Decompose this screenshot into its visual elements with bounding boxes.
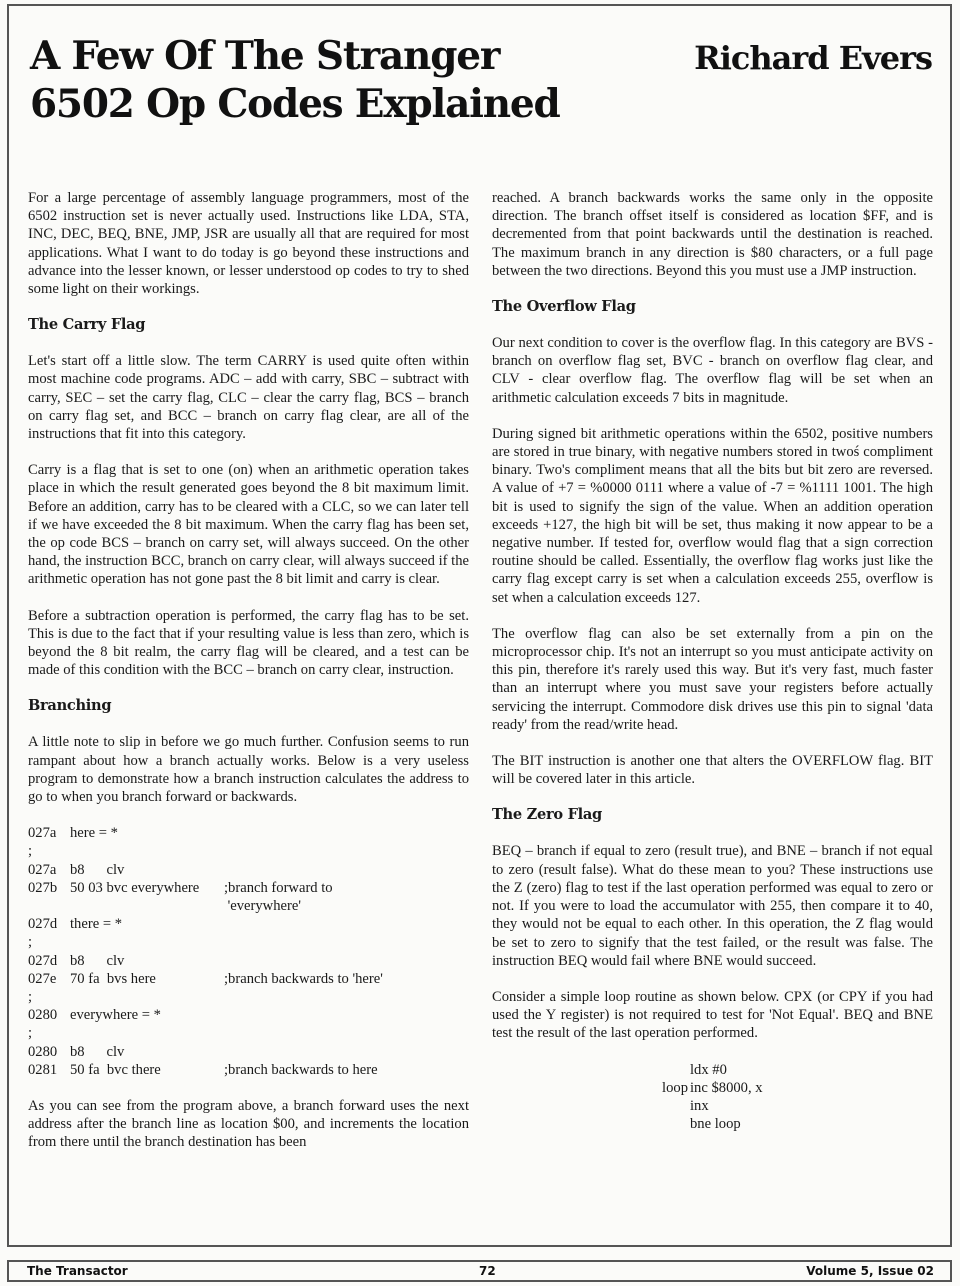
carry-paragraph-2: Carry is a flag that is set to one (on) …	[28, 461, 469, 588]
code-line: 027ab8 clv	[28, 861, 469, 879]
page-number: 72	[479, 1264, 496, 1278]
zero-paragraph-1: BEQ – branch if equal to zero (result tr…	[492, 842, 933, 969]
branching-paragraph-2: As you can see from the program above, a…	[28, 1097, 469, 1152]
zero-paragraph-2: Consider a simple loop routine as shown …	[492, 988, 933, 1043]
left-column: For a large percentage of assembly langu…	[28, 189, 469, 1170]
branching-paragraph-1: A little note to slip in before we go mu…	[28, 733, 469, 806]
code-line: 0280everywhere = *	[28, 1006, 469, 1024]
overflow-paragraph-1: Our next condition to cover is the overf…	[492, 334, 933, 407]
intro-paragraph: For a large percentage of assembly langu…	[28, 189, 469, 298]
issue-label: Volume 5, Issue 02	[806, 1264, 934, 1278]
code-line: 'everywhere'	[28, 897, 469, 915]
code-line: ;	[28, 1024, 469, 1042]
code-line: bne loop	[650, 1115, 933, 1133]
code-line: ldx #0	[650, 1061, 933, 1079]
code-line: 027db8 clv	[28, 952, 469, 970]
code-line: 0280b8 clv	[28, 1043, 469, 1061]
code-line: ;	[28, 988, 469, 1006]
code-line: 027b50 03 bvc everywhere;branch forward …	[28, 879, 469, 897]
code-line: 027e70 fa bvs here;branch backwards to '…	[28, 970, 469, 988]
code-line: ;	[28, 842, 469, 860]
code-line: loopinc $8000, x	[650, 1079, 933, 1097]
code-listing-branch: 027ahere = * ; 027ab8 clv 027b50 03 bvc …	[28, 824, 469, 1079]
page-footer: The Transactor 72 Volume 5, Issue 02	[7, 1260, 952, 1282]
overflow-paragraph-3: The overflow flag can also be set extern…	[492, 625, 933, 734]
carry-paragraph-3: Before a subtraction operation is perfor…	[28, 607, 469, 680]
code-line: inx	[650, 1097, 933, 1115]
title-line-2: 6502 Op Codes Explained	[30, 81, 560, 127]
author-byline: Richard Evers	[694, 36, 932, 80]
overflow-paragraph-4: The BIT instruction is another one that …	[492, 752, 933, 788]
carry-paragraph-1: Let's start off a little slow. The term …	[28, 352, 469, 443]
right-column: reached. A branch backwards works the sa…	[492, 189, 933, 1133]
section-heading-carry: The Carry Flag	[28, 316, 469, 334]
code-line: 027dthere = *	[28, 915, 469, 933]
code-line: 028150 fa bvc there;branch backwards to …	[28, 1061, 469, 1079]
article-title: A Few Of The Stranger 6502 Op Codes Expl…	[30, 32, 560, 128]
code-listing-loop: ldx #0 loopinc $8000, x inx bne loop	[650, 1061, 933, 1134]
section-heading-zero: The Zero Flag	[492, 806, 933, 824]
branching-continued-paragraph: reached. A branch backwards works the sa…	[492, 189, 933, 280]
section-heading-overflow: The Overflow Flag	[492, 298, 933, 316]
code-line: 027ahere = *	[28, 824, 469, 842]
code-line: ;	[28, 933, 469, 951]
publication-name: The Transactor	[27, 1264, 128, 1278]
title-line-1: A Few Of The Stranger	[30, 33, 499, 79]
section-heading-branching: Branching	[28, 697, 469, 715]
overflow-paragraph-2: During signed bit arithmetic operations …	[492, 425, 933, 607]
